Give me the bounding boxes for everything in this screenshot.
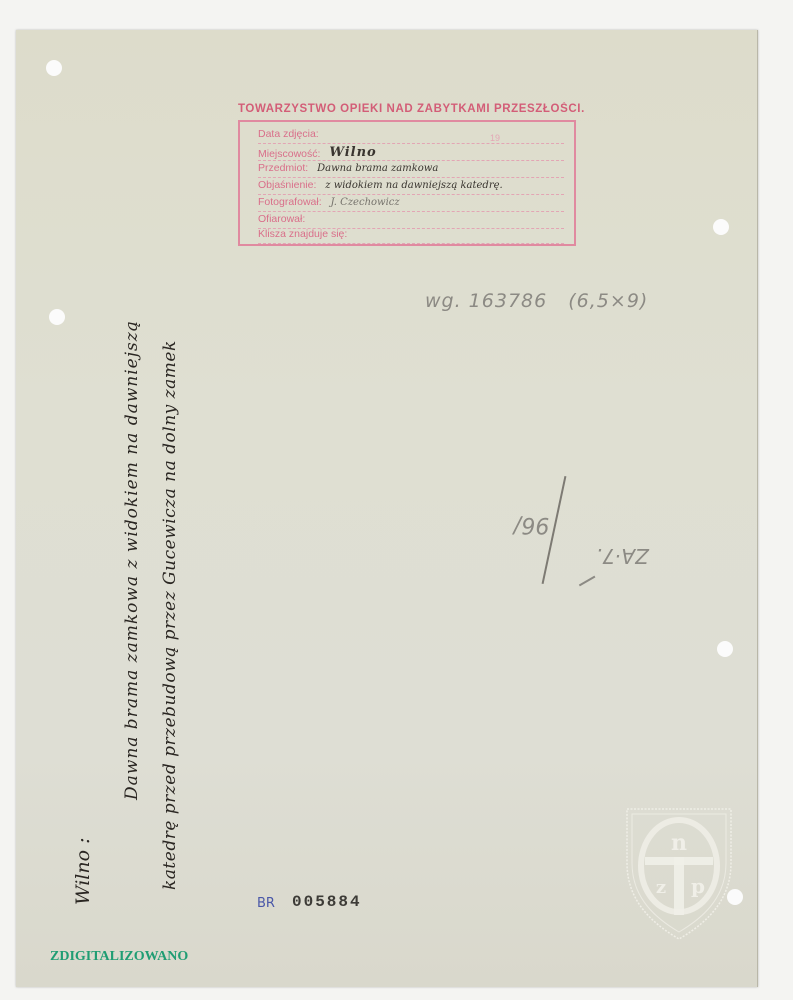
digitized-stamp: ZDIGITALIZOWANO (50, 949, 188, 965)
field-label: Miejscowość: (258, 148, 320, 160)
punch-hole (713, 219, 729, 235)
upside-down-fraction: 96/ (514, 512, 549, 537)
field-place: Miejscowość: Wilno (258, 145, 564, 161)
field-date: Data zdjęcia: 19 (258, 128, 564, 144)
accession-prefix: BR (257, 896, 275, 911)
field-label: Objaśnienie: (258, 179, 316, 191)
svg-text:n: n (671, 830, 687, 856)
field-donor: Ofiarował: (258, 213, 564, 229)
photo-size: (6,5×9) (568, 290, 648, 312)
year-prefix: 19 (490, 133, 500, 143)
punch-hole (49, 309, 65, 325)
accession-number: 005884 (292, 893, 362, 911)
field-value: Dawna brama zamkowa (317, 163, 438, 174)
field-subject: Przedmiot: Dawna brama zamkowa (258, 162, 564, 178)
punch-hole (46, 60, 62, 76)
field-label: Klisza znajduje się: (258, 228, 347, 240)
punch-hole (717, 641, 733, 657)
stamp-title: TOWARZYSTWO OPIEKI NAD ZABYTKAMI PRZESZŁ… (238, 103, 588, 115)
field-photographer: Fotografował: J. Czechowicz (258, 196, 564, 212)
upside-down-code: ZA·7. (596, 544, 649, 568)
field-description: Objaśnienie: z widokiem na dawniejszą ka… (258, 179, 564, 195)
field-label: Przedmiot: (258, 162, 308, 174)
inventory-number: wg. 163786 (425, 290, 547, 312)
field-label: Fotografował: (258, 196, 322, 208)
field-label: Ofiarował: (258, 213, 305, 225)
field-negative-location: Klisza znajduje się: (258, 228, 564, 244)
field-value: z widokiem na dawniejszą katedrę. (325, 180, 502, 191)
field-value: Wilno (329, 145, 376, 160)
shield-watermark-icon: n z p (623, 803, 735, 943)
inventory-note: wg. 163786 (6,5×9) (425, 290, 648, 312)
handwritten-caption-line1: Dawna brama zamkowa z widokiem na dawnie… (122, 320, 142, 800)
handwritten-place: Wilno : (72, 838, 94, 905)
field-value: J. Czechowicz (331, 197, 400, 208)
catalog-stamp: Data zdjęcia: 19 Miejscowość: Wilno Prze… (238, 120, 576, 246)
svg-text:z: z (656, 877, 666, 898)
field-label: Data zdjęcia: (258, 128, 319, 140)
handwritten-caption-line2: katedrę przed przebudową przez Gucewicza… (160, 340, 180, 890)
svg-text:p: p (691, 874, 705, 898)
